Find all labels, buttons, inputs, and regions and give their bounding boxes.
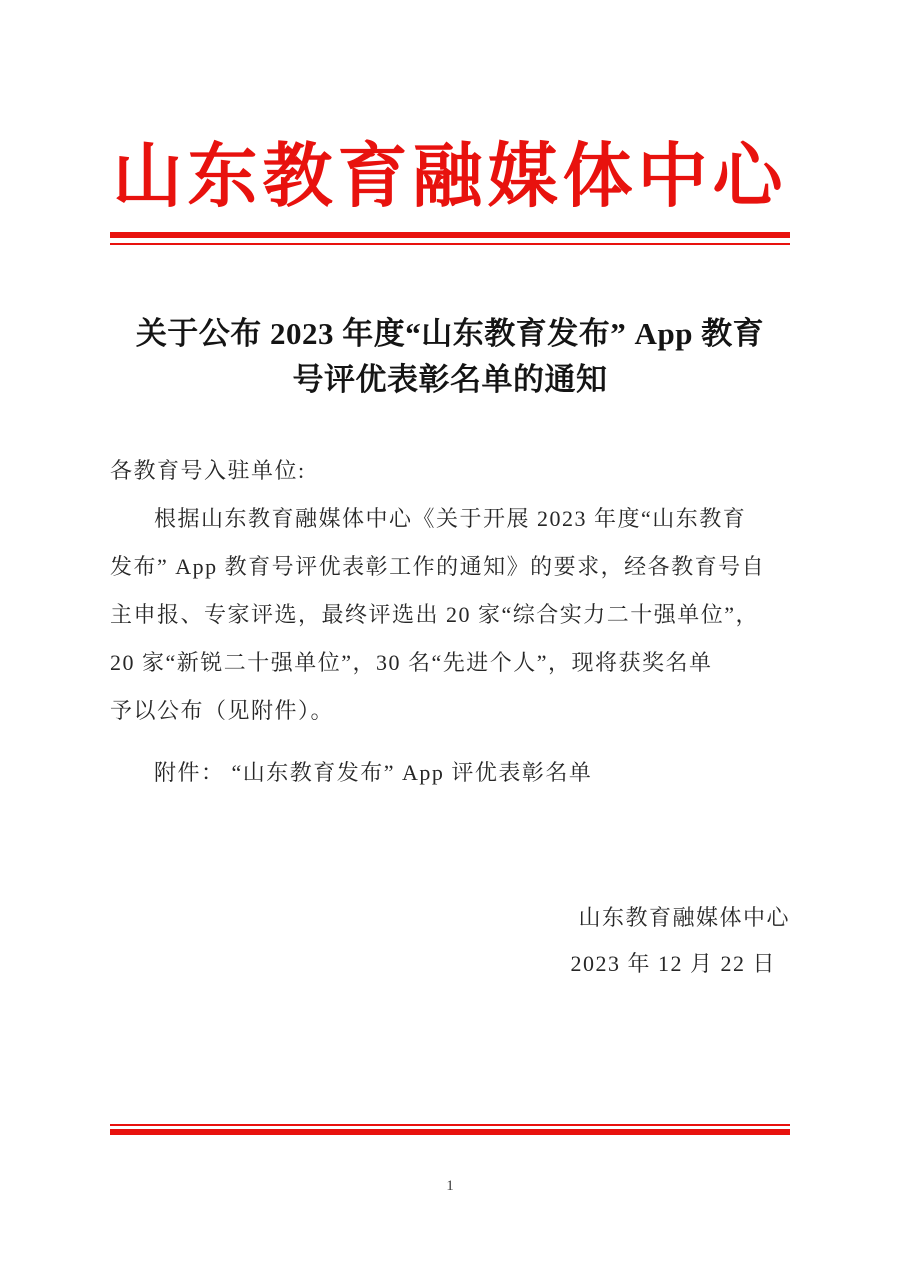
footer-rules [110, 1124, 790, 1135]
body-paragraph-line-3: 主申报、专家评选，最终评选出 20 家“综合实力二十强单位”， [110, 591, 790, 639]
signature-date: 2023 年 12 月 22 日 [110, 941, 790, 987]
document-body: 各教育号入驻单位: 根据山东教育融媒体中心《关于开展 2023 年度“山东教育 … [110, 447, 790, 735]
body-paragraph-line-5: 予以公布（见附件）。 [110, 687, 790, 735]
footer-rule-thick [110, 1129, 790, 1135]
letterhead-rules [110, 232, 790, 245]
document-title-line-2: 号评优表彰名单的通知 [110, 357, 790, 403]
signature-org-name: 山东教育融媒体中心 [110, 895, 790, 941]
body-paragraph-line-2: 发布” App 教育号评优表彰工作的通知》的要求，经各教育号自 [110, 543, 790, 591]
page-number: 1 [0, 1178, 900, 1195]
attachment-note: 附件： “山东教育发布” App 评优表彰名单 [110, 749, 790, 797]
footer-rule-thin [110, 1124, 790, 1126]
document-page: 山东教育融媒体中心 关于公布 2023 年度“山东教育发布” App 教育 号评… [0, 0, 900, 1273]
document-title: 关于公布 2023 年度“山东教育发布” App 教育 号评优表彰名单的通知 [110, 311, 790, 403]
body-paragraph-line-1: 根据山东教育融媒体中心《关于开展 2023 年度“山东教育 [110, 495, 790, 543]
body-salutation: 各教育号入驻单位: [110, 447, 790, 495]
document-content: 山东教育融媒体中心 关于公布 2023 年度“山东教育发布” App 教育 号评… [110, 142, 790, 987]
letterhead-rule-thin [110, 243, 790, 245]
document-title-line-1: 关于公布 2023 年度“山东教育发布” App 教育 [110, 311, 790, 357]
letterhead-org-name: 山东教育融媒体中心 [110, 142, 790, 214]
letterhead-rule-thick [110, 232, 790, 238]
signature-block: 山东教育融媒体中心 2023 年 12 月 22 日 [110, 895, 790, 987]
body-paragraph-line-4: 20 家“新锐二十强单位”，30 名“先进个人”，现将获奖名单 [110, 639, 790, 687]
